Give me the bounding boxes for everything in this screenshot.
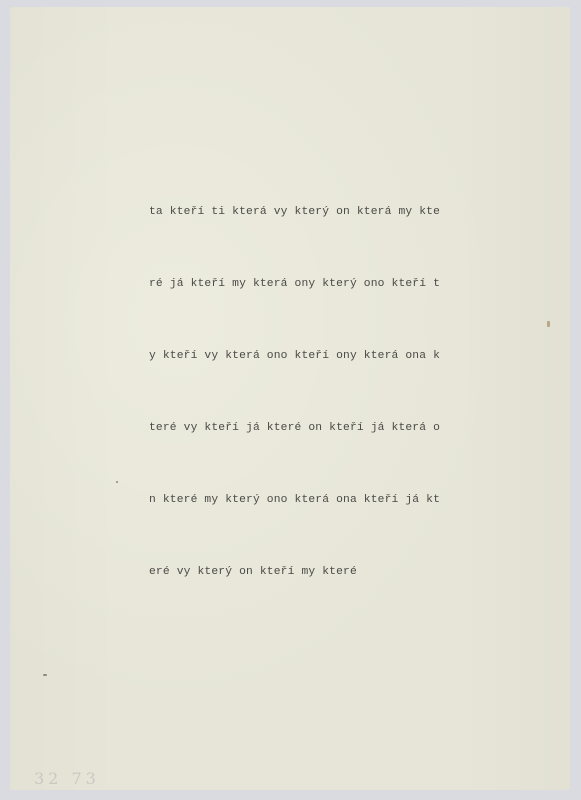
- paper-speck: [547, 321, 550, 327]
- pencil-inventory-mark: 32 73: [34, 769, 100, 788]
- paper-sheet: ta kteří ti která vy který on která my k…: [10, 7, 570, 790]
- paper-speck: [43, 674, 47, 676]
- text-line: ta kteří ti která vy který on která my k…: [149, 200, 440, 224]
- text-line: n které my který ono která ona kteří já …: [149, 488, 440, 512]
- text-line: y kteří vy která ono kteří ony která ona…: [149, 344, 440, 368]
- text-line: ré já kteří my která ony který ono kteří…: [149, 272, 440, 296]
- paper-speck: [116, 481, 118, 483]
- text-line: teré vy kteří já které on kteří já která…: [149, 416, 440, 440]
- text-line: eré vy který on kteří my které: [149, 560, 440, 584]
- typewritten-text: ta kteří ti která vy který on která my k…: [149, 152, 440, 632]
